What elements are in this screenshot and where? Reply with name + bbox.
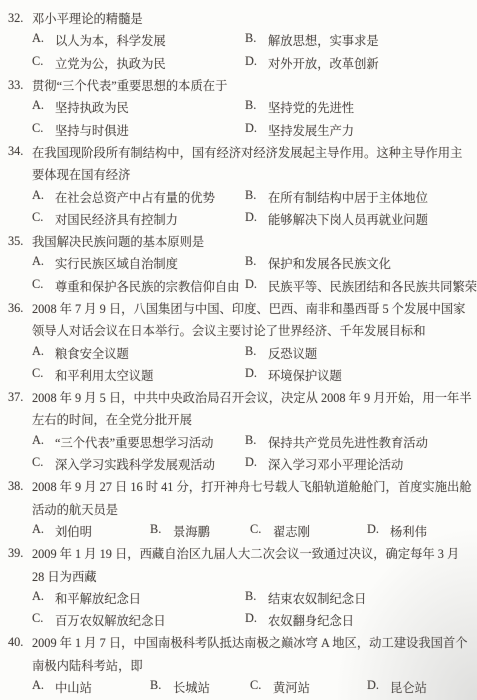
option-letter: C. bbox=[32, 366, 55, 384]
option-c: C.翟志刚 bbox=[250, 522, 367, 540]
option-row: A.实行民族区域自治制度 B.保护和发展各民族文化 bbox=[8, 252, 469, 274]
question-stem-text: 我国解决民族问题的基本原则是 bbox=[32, 232, 204, 250]
option-text: 农奴翻身纪念日 bbox=[268, 611, 354, 629]
option-row: A.中山站 B.长城站 C.黄河站 D.昆仑站 bbox=[8, 676, 469, 698]
option-c: C.对国民经济具有控制力 bbox=[32, 210, 245, 228]
question-stem-text: 活动的航天员是 bbox=[32, 500, 118, 518]
question-36: 36. 2008 年 7 月 9 日，八国集团与中国、印度、巴西、南非和墨西哥 … bbox=[8, 297, 469, 386]
option-text: 坚持发展生产力 bbox=[268, 121, 354, 139]
question-stem-text: 28 日为西藏 bbox=[32, 567, 97, 585]
option-b: B.结束农奴制纪念日 bbox=[245, 589, 366, 607]
question-stem-continued: 领导人对话会议在日本举行。会议主要讨论了世界经济、千年发展目标和 bbox=[8, 319, 469, 341]
option-letter: C. bbox=[32, 277, 55, 295]
option-text: 翟志刚 bbox=[273, 522, 310, 540]
option-letter: C. bbox=[32, 455, 55, 473]
option-text: 反恐议题 bbox=[268, 344, 317, 362]
option-text: 环境保护议题 bbox=[268, 366, 342, 384]
option-text: 和平利用太空议题 bbox=[55, 366, 153, 384]
option-row: A.坚持执政为民 B.坚持党的先进性 bbox=[8, 96, 469, 118]
option-d: D.杨利伟 bbox=[367, 522, 427, 540]
option-letter: D. bbox=[245, 366, 268, 384]
option-b: B.反恐议题 bbox=[245, 344, 317, 362]
question-33: 33. 贯彻“三个代表”重要思想的本质在于 A.坚持执政为民 B.坚持党的先进性… bbox=[8, 74, 469, 141]
option-text: 实行民族区域自治制度 bbox=[55, 254, 178, 272]
option-letter: A. bbox=[32, 522, 55, 540]
option-text: 和平解放纪念日 bbox=[55, 589, 141, 607]
option-letter: D. bbox=[367, 522, 390, 540]
option-text: 黄河站 bbox=[273, 678, 310, 696]
option-text: 长城站 bbox=[173, 678, 210, 696]
option-text: 昆仑站 bbox=[390, 678, 427, 696]
question-34: 34. 在我国现阶段所有制结构中，国有经济对经济发展起主导作用。这种主导作用主 … bbox=[8, 141, 469, 230]
question-stem: 36. 2008 年 7 月 9 日，八国集团与中国、印度、巴西、南非和墨西哥 … bbox=[8, 297, 469, 319]
option-letter: C. bbox=[250, 522, 273, 540]
question-stem: 37. 2008 年 9 月 5 日，中共中央政治局召开会议，决定从 2008 … bbox=[8, 386, 469, 408]
question-stem-continued: 28 日为西藏 bbox=[8, 564, 469, 586]
option-row: A.“三个代表”重要思想学习活动 B.保持共产党员先进性教育活动 bbox=[8, 431, 469, 453]
option-row: A.在社会总资产中占有量的优势 B.在所有制结构中居于主体地位 bbox=[8, 185, 469, 207]
option-text: 在所有制结构中居于主体地位 bbox=[268, 188, 428, 206]
option-d: D.农奴翻身纪念日 bbox=[245, 611, 354, 629]
option-text: 坚持党的先进性 bbox=[268, 98, 354, 116]
option-b: B.长城站 bbox=[150, 678, 250, 696]
option-letter: D. bbox=[245, 611, 268, 629]
exam-page: 32. 邓小平理论的精髓是 A.以人为本，科学发展 B.解放思想，实事求是 C.… bbox=[0, 0, 477, 700]
option-b: B.坚持党的先进性 bbox=[245, 98, 354, 116]
option-text: 深入学习实践科学发展观活动 bbox=[55, 455, 215, 473]
question-stem-text: 2008 年 7 月 9 日，八国集团与中国、印度、巴西、南非和墨西哥 5 个发… bbox=[32, 299, 465, 317]
option-text: 坚持与时俱进 bbox=[55, 121, 129, 139]
question-stem: 35. 我国解决民族问题的基本原则是 bbox=[8, 230, 469, 252]
option-letter: B. bbox=[245, 589, 268, 607]
option-letter: C. bbox=[250, 678, 273, 696]
question-number: 36. bbox=[8, 301, 32, 316]
option-text: 能够解决下岗人员再就业问题 bbox=[268, 210, 428, 228]
question-number: 40. bbox=[8, 635, 32, 650]
question-stem: 33. 贯彻“三个代表”重要思想的本质在于 bbox=[8, 74, 469, 96]
question-stem-text: 贯彻“三个代表”重要思想的本质在于 bbox=[32, 76, 227, 94]
question-stem-text: 2009 年 1 月 19 日，西藏自治区九届人大二次会议一致通过决议，确定每年… bbox=[32, 544, 459, 562]
question-stem-continued: 要体现在国有经济 bbox=[8, 163, 469, 185]
option-letter: D. bbox=[245, 54, 268, 72]
option-text: 中山站 bbox=[55, 678, 92, 696]
option-letter: D. bbox=[245, 455, 268, 473]
option-text: 民族平等、民族团结和各民族共同繁荣 bbox=[268, 277, 477, 295]
option-a: A.和平解放纪念日 bbox=[32, 589, 245, 607]
option-a: A.以人为本，科学发展 bbox=[32, 31, 245, 49]
option-letter: B. bbox=[245, 254, 268, 272]
question-stem-continued: 南极内陆科考站，即 bbox=[8, 654, 469, 676]
option-letter: C. bbox=[32, 54, 55, 72]
option-letter: A. bbox=[32, 188, 55, 206]
question-stem: 34. 在我国现阶段所有制结构中，国有经济对经济发展起主导作用。这种主导作用主 bbox=[8, 141, 469, 163]
option-row: A.以人为本，科学发展 B.解放思想，实事求是 bbox=[8, 29, 469, 51]
question-number: 38. bbox=[8, 479, 32, 494]
option-b: B.景海鹏 bbox=[150, 522, 250, 540]
option-letter: B. bbox=[245, 31, 268, 49]
option-letter: D. bbox=[245, 277, 268, 295]
option-letter: B. bbox=[150, 522, 173, 540]
question-number: 35. bbox=[8, 234, 32, 249]
option-a: A.“三个代表”重要思想学习活动 bbox=[32, 433, 245, 451]
option-d: D.民族平等、民族团结和各民族共同繁荣 bbox=[245, 277, 477, 295]
option-letter: A. bbox=[32, 344, 55, 362]
option-letter: B. bbox=[245, 98, 268, 116]
option-c: C.立党为公，执政为民 bbox=[32, 54, 245, 72]
question-number: 39. bbox=[8, 546, 32, 561]
option-a: A.刘伯明 bbox=[32, 522, 150, 540]
option-row: A.和平解放纪念日 B.结束农奴制纪念日 bbox=[8, 587, 469, 609]
option-text: 刘伯明 bbox=[55, 522, 92, 540]
option-letter: B. bbox=[245, 188, 268, 206]
option-text: 尊重和保护各民族的宗教信仰自由 bbox=[55, 277, 239, 295]
option-c: C.百万农奴解放纪念日 bbox=[32, 611, 245, 629]
question-stem-text: 领导人对话会议在日本举行。会议主要讨论了世界经济、千年发展目标和 bbox=[32, 321, 426, 339]
question-stem: 38. 2008 年 9 月 27 日 16 时 41 分，打开神舟七号载人飞船… bbox=[8, 475, 469, 497]
option-letter: D. bbox=[245, 210, 268, 228]
option-text: “三个代表”重要思想学习活动 bbox=[55, 433, 213, 451]
question-number: 34. bbox=[8, 144, 32, 159]
option-c: C.和平利用太空议题 bbox=[32, 366, 245, 384]
option-text: 坚持执政为民 bbox=[55, 98, 129, 116]
option-letter: C. bbox=[32, 210, 55, 228]
question-stem: 40. 2009 年 1 月 7 日，中国南极科考队抵达南极之巅冰穹 A 地区，… bbox=[8, 631, 469, 653]
option-text: 杨利伟 bbox=[390, 522, 427, 540]
question-stem: 39. 2009 年 1 月 19 日，西藏自治区九届人大二次会议一致通过决议，… bbox=[8, 542, 469, 564]
question-stem: 32. 邓小平理论的精髓是 bbox=[8, 7, 469, 29]
option-letter: A. bbox=[32, 433, 55, 451]
question-stem-continued: 左右的时间，在全党分批开展 bbox=[8, 408, 469, 430]
option-b: B.解放思想，实事求是 bbox=[245, 31, 379, 49]
question-39: 39. 2009 年 1 月 19 日，西藏自治区九届人大二次会议一致通过决议，… bbox=[8, 542, 469, 631]
option-row: C.百万农奴解放纪念日 D.农奴翻身纪念日 bbox=[8, 609, 469, 631]
question-38: 38. 2008 年 9 月 27 日 16 时 41 分，打开神舟七号载人飞船… bbox=[8, 475, 469, 542]
option-a: A.中山站 bbox=[32, 678, 150, 696]
option-text: 深入学习邓小平理论活动 bbox=[268, 455, 403, 473]
option-d: D.深入学习邓小平理论活动 bbox=[245, 455, 403, 473]
option-c: C.黄河站 bbox=[250, 678, 367, 696]
option-letter: A. bbox=[32, 678, 55, 696]
option-row: A.粮食安全议题 B.反恐议题 bbox=[8, 341, 469, 363]
option-b: B.在所有制结构中居于主体地位 bbox=[245, 188, 428, 206]
option-text: 对国民经济具有控制力 bbox=[55, 210, 178, 228]
option-d: D.对外开放，改革创新 bbox=[245, 54, 379, 72]
option-letter: B. bbox=[245, 433, 268, 451]
option-c: C.深入学习实践科学发展观活动 bbox=[32, 455, 245, 473]
option-row: C.对国民经济具有控制力 D.能够解决下岗人员再就业问题 bbox=[8, 208, 469, 230]
option-letter: A. bbox=[32, 31, 55, 49]
option-d: D.昆仑站 bbox=[367, 678, 427, 696]
question-stem-text: 2008 年 9 月 5 日，中共中央政治局召开会议，决定从 2008 年 9 … bbox=[32, 388, 472, 406]
option-text: 景海鹏 bbox=[173, 522, 210, 540]
option-text: 立党为公，执政为民 bbox=[55, 54, 166, 72]
option-b: B.保持共产党员先进性教育活动 bbox=[245, 433, 428, 451]
question-stem-continued: 活动的航天员是 bbox=[8, 498, 469, 520]
option-d: D.环境保护议题 bbox=[245, 366, 342, 384]
option-letter: B. bbox=[150, 678, 173, 696]
question-40: 40. 2009 年 1 月 7 日，中国南极科考队抵达南极之巅冰穹 A 地区，… bbox=[8, 631, 469, 698]
option-a: A.坚持执政为民 bbox=[32, 98, 245, 116]
option-d: D.坚持发展生产力 bbox=[245, 121, 354, 139]
question-stem-text: 2008 年 9 月 27 日 16 时 41 分，打开神舟七号载人飞船轨道舱舱… bbox=[32, 477, 472, 495]
option-letter: B. bbox=[245, 344, 268, 362]
option-text: 百万农奴解放纪念日 bbox=[55, 611, 166, 629]
option-text: 对外开放，改革创新 bbox=[268, 54, 379, 72]
option-text: 保护和发展各民族文化 bbox=[268, 254, 391, 272]
option-text: 以人为本，科学发展 bbox=[55, 31, 166, 49]
option-row: C.立党为公，执政为民 D.对外开放，改革创新 bbox=[8, 52, 469, 74]
question-stem-text: 邓小平理论的精髓是 bbox=[32, 9, 143, 27]
question-stem-text: 南极内陆科考站，即 bbox=[32, 656, 143, 674]
option-row: A.刘伯明 B.景海鹏 C.翟志刚 D.杨利伟 bbox=[8, 520, 469, 542]
question-number: 33. bbox=[8, 78, 32, 93]
option-letter: A. bbox=[32, 98, 55, 116]
option-c: C.尊重和保护各民族的宗教信仰自由 bbox=[32, 277, 245, 295]
option-a: A.在社会总资产中占有量的优势 bbox=[32, 188, 245, 206]
question-stem-text: 左右的时间，在全党分批开展 bbox=[32, 410, 192, 428]
option-row: C.坚持与时俱进 D.坚持发展生产力 bbox=[8, 118, 469, 140]
question-stem-text: 在我国现阶段所有制结构中，国有经济对经济发展起主导作用。这种主导作用主 bbox=[32, 143, 462, 161]
question-37: 37. 2008 年 9 月 5 日，中共中央政治局召开会议，决定从 2008 … bbox=[8, 386, 469, 475]
option-letter: D. bbox=[245, 121, 268, 139]
question-35: 35. 我国解决民族问题的基本原则是 A.实行民族区域自治制度 B.保护和发展各… bbox=[8, 230, 469, 297]
option-b: B.保护和发展各民族文化 bbox=[245, 254, 391, 272]
question-number: 32. bbox=[8, 11, 32, 26]
option-letter: A. bbox=[32, 589, 55, 607]
option-d: D.能够解决下岗人员再就业问题 bbox=[245, 210, 428, 228]
option-a: A.粮食安全议题 bbox=[32, 344, 245, 362]
option-row: C.尊重和保护各民族的宗教信仰自由 D.民族平等、民族团结和各民族共同繁荣 bbox=[8, 275, 469, 297]
option-text: 在社会总资产中占有量的优势 bbox=[55, 188, 215, 206]
option-text: 粮食安全议题 bbox=[55, 344, 129, 362]
question-number: 37. bbox=[8, 390, 32, 405]
option-text: 结束农奴制纪念日 bbox=[268, 589, 366, 607]
option-text: 保持共产党员先进性教育活动 bbox=[268, 433, 428, 451]
option-letter: C. bbox=[32, 121, 55, 139]
option-c: C.坚持与时俱进 bbox=[32, 121, 245, 139]
option-letter: A. bbox=[32, 254, 55, 272]
option-row: C.深入学习实践科学发展观活动 D.深入学习邓小平理论活动 bbox=[8, 453, 469, 475]
question-stem-text: 2009 年 1 月 7 日，中国南极科考队抵达南极之巅冰穹 A 地区，动工建设… bbox=[32, 633, 468, 651]
option-text: 解放思想，实事求是 bbox=[268, 31, 379, 49]
question-32: 32. 邓小平理论的精髓是 A.以人为本，科学发展 B.解放思想，实事求是 C.… bbox=[8, 7, 469, 74]
option-row: C.和平利用太空议题 D.环境保护议题 bbox=[8, 364, 469, 386]
option-letter: D. bbox=[367, 678, 390, 696]
option-a: A.实行民族区域自治制度 bbox=[32, 254, 245, 272]
question-stem-text: 要体现在国有经济 bbox=[32, 165, 130, 183]
option-letter: C. bbox=[32, 611, 55, 629]
